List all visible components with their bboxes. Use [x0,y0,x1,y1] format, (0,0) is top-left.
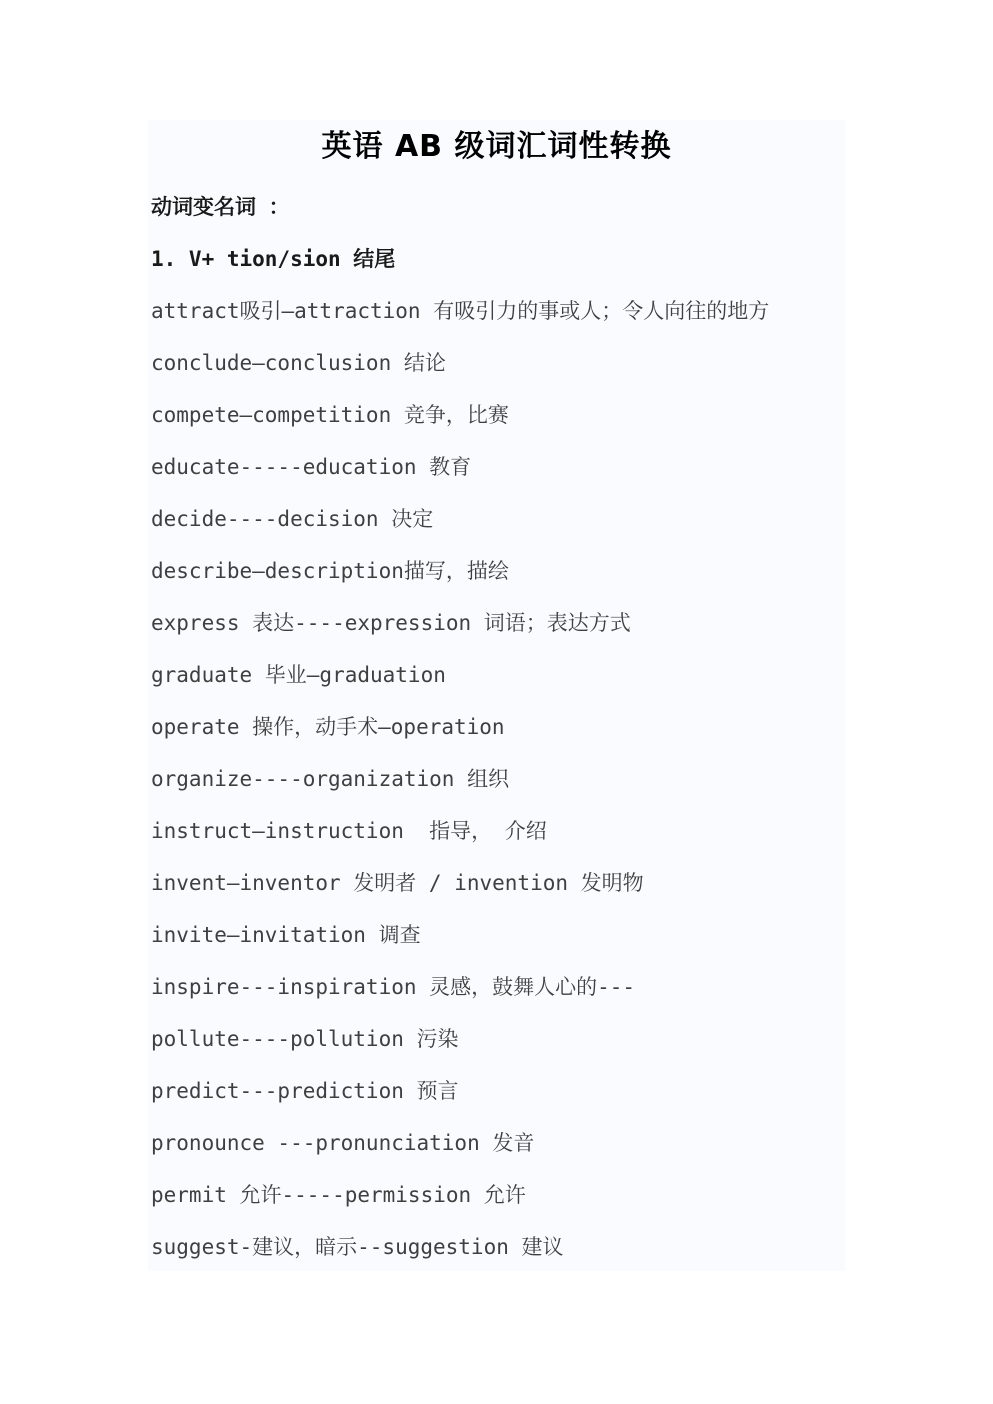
document-page: 英语 AB 级词汇词性转换 动词变名词 ： 1. V+ tion/sion 结尾… [148,120,845,1271]
vocab-entry-invite: invite—invitation 调查 [148,909,845,961]
vocab-entry-pronounce: pronounce ---pronunciation 发音 [148,1117,845,1169]
vocab-entry-graduate: graduate 毕业—graduation [148,649,845,701]
vocab-entry-decide: decide----decision 决定 [148,493,845,545]
vocab-entry-organize: organize----organization 组织 [148,753,845,805]
document-title: 英语 AB 级词汇词性转换 [148,120,845,166]
rule-heading: 1. V+ tion/sion 结尾 [148,233,845,285]
vocab-entry-pollute: pollute----pollution 污染 [148,1013,845,1065]
vocab-entry-suggest: suggest-建议，暗示--suggestion 建议 [148,1221,845,1273]
vocab-entry-educate: educate-----education 教育 [148,441,845,493]
vocab-entry-inspire: inspire---inspiration 灵感，鼓舞人心的--- [148,961,845,1013]
vocab-entry-invent: invent—inventor 发明者 / invention 发明物 [148,857,845,909]
vocab-entry-describe: describe—description描写，描绘 [148,545,845,597]
vocab-entry-instruct: instruct—instruction 指导， 介绍 [148,805,845,857]
vocab-entry-operate: operate 操作，动手术—operation [148,701,845,753]
page-canvas: 英语 AB 级词汇词性转换 动词变名词 ： 1. V+ tion/sion 结尾… [0,0,993,1404]
section-heading: 动词变名词 ： [148,181,845,233]
vocab-entry-permit: permit 允许-----permission 允许 [148,1169,845,1221]
vocab-entry-predict: predict---prediction 预言 [148,1065,845,1117]
vocab-entry-compete: compete—competition 竞争，比赛 [148,389,845,441]
vocab-entry-conclude: conclude—conclusion 结论 [148,337,845,389]
vocab-entry-attract: attract吸引—attraction 有吸引力的事或人；令人向往的地方 [148,285,845,337]
vocab-entry-express: express 表达----expression 词语；表达方式 [148,597,845,649]
